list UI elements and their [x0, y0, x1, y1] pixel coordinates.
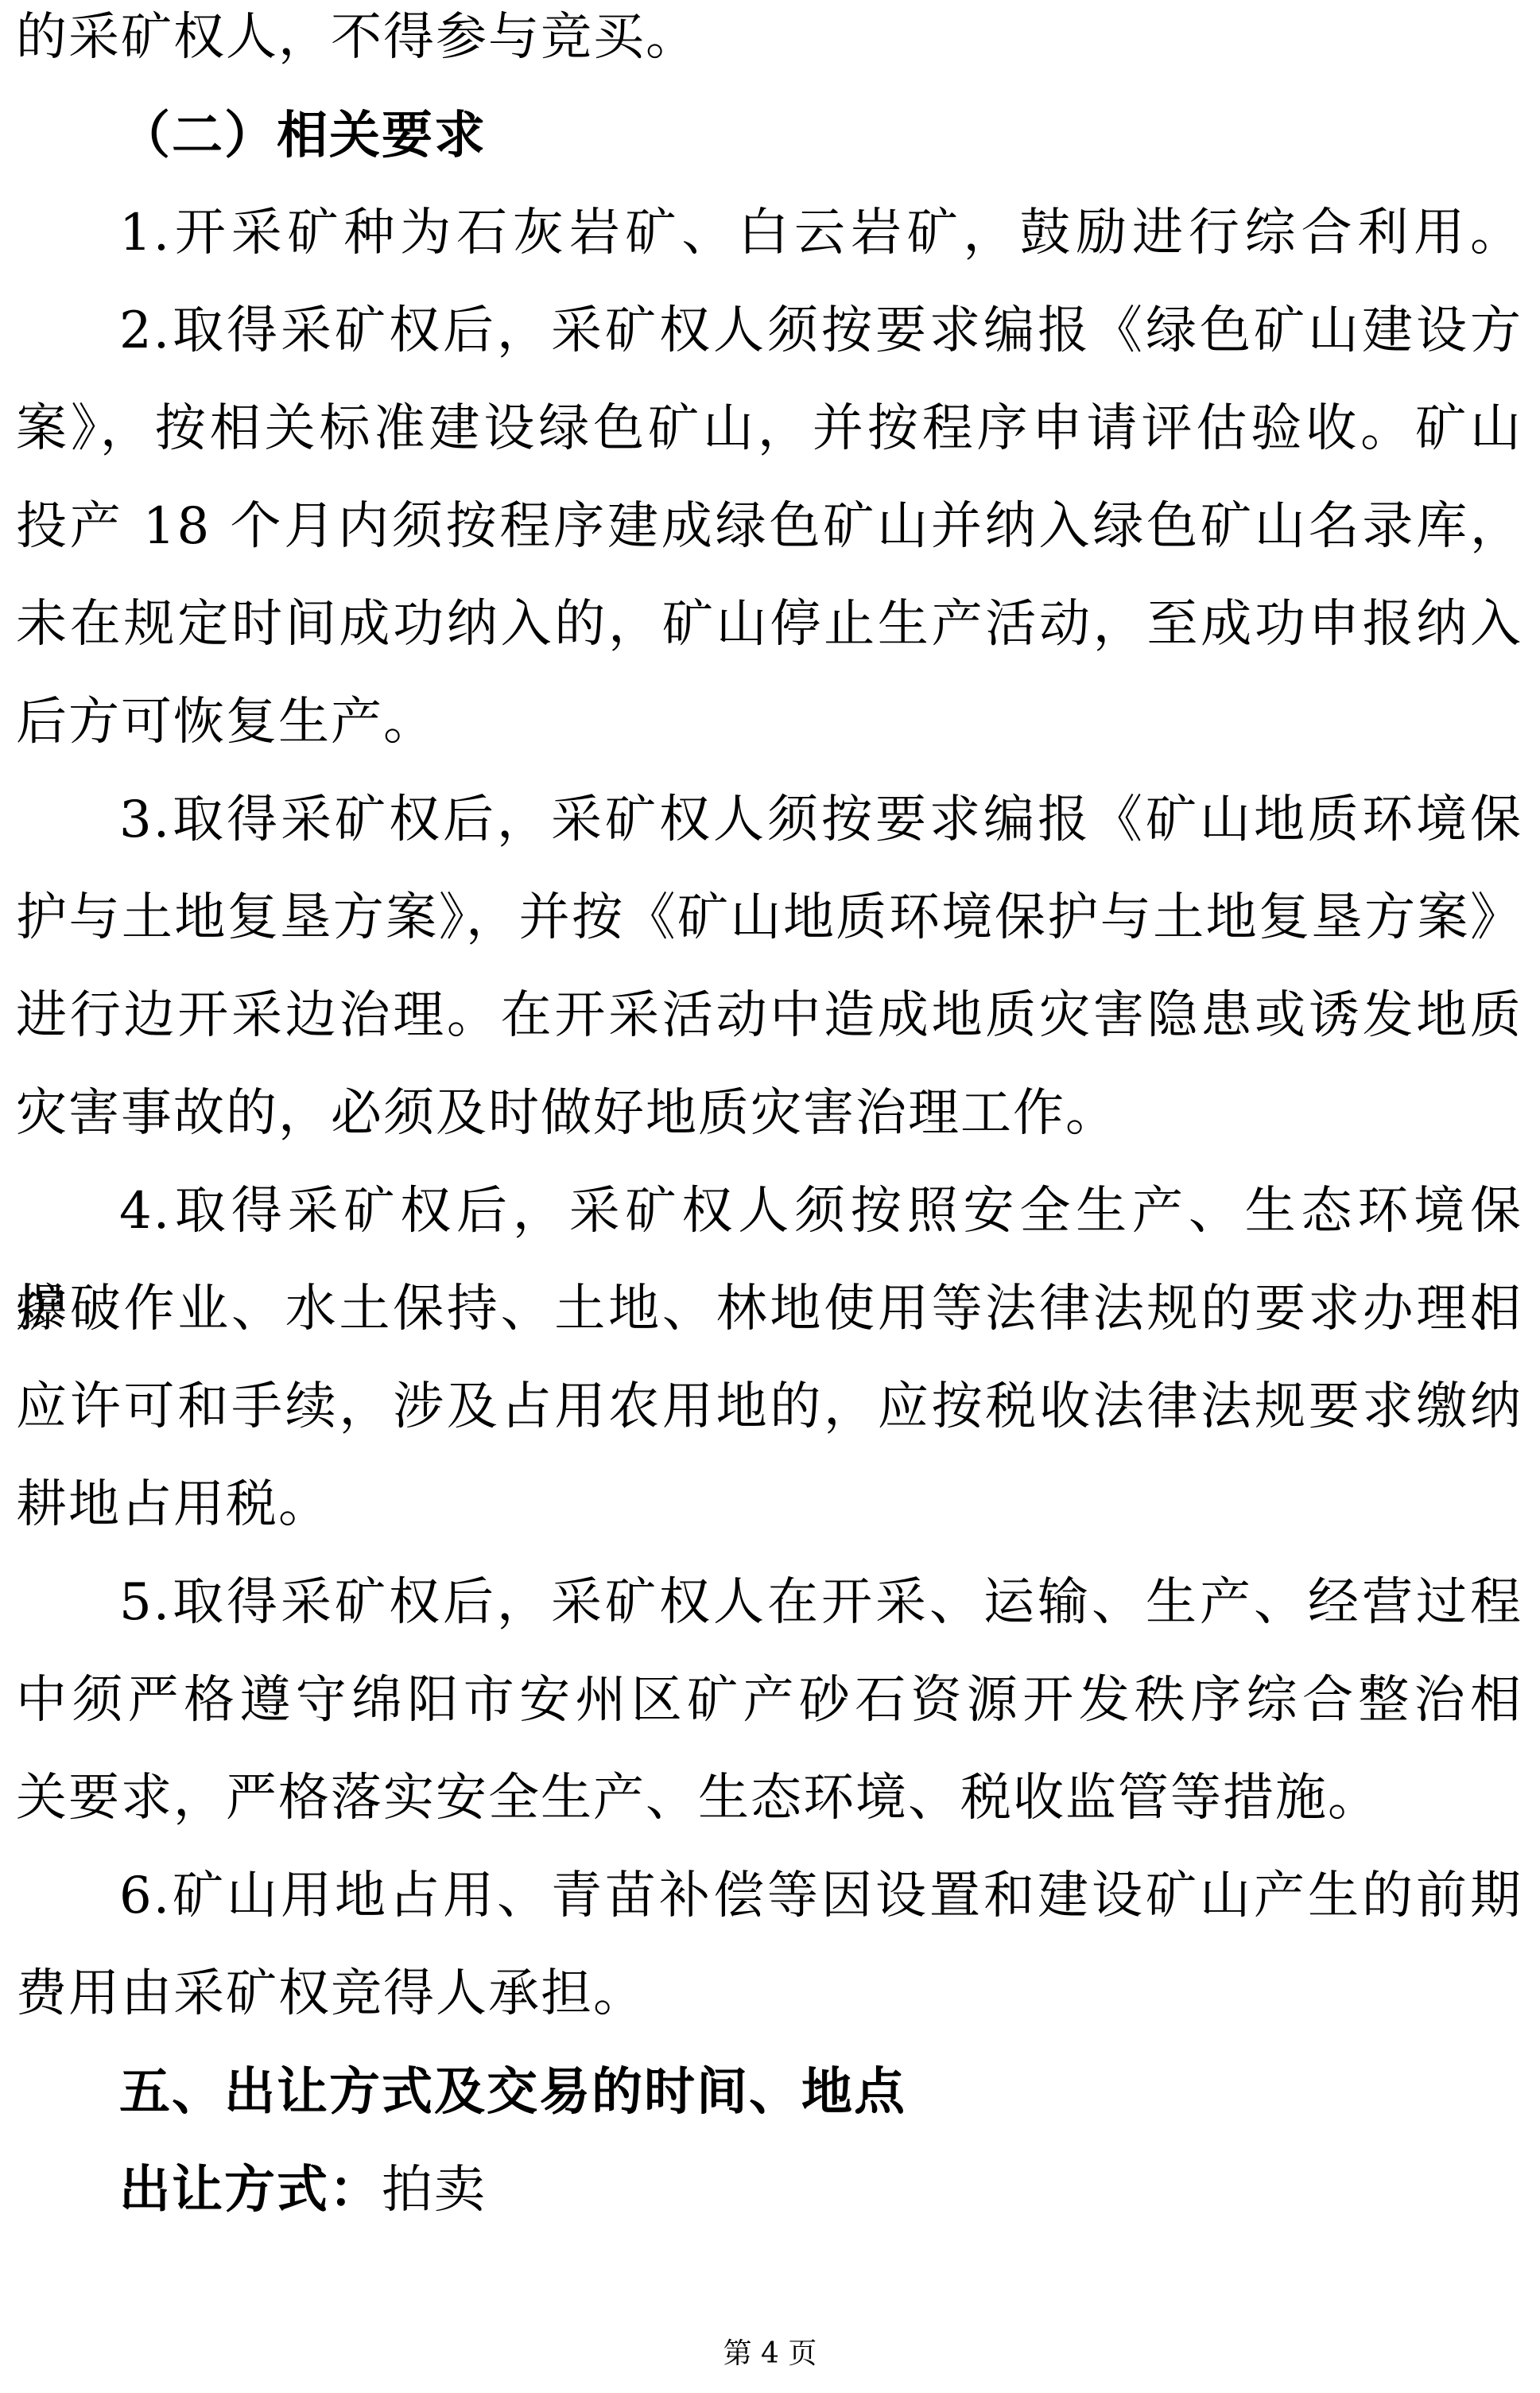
text-run: 后方可恢复生产。 — [16, 693, 436, 752]
text-line: 2.取得采矿权后，采矿权人须按要求编报《绿色矿山建设方 — [16, 282, 1523, 380]
page-number: 第 4 页 — [723, 2337, 817, 2370]
text-line: 3.取得采矿权后，采矿权人须按要求编报《矿山地质环境保 — [16, 771, 1523, 869]
page-footer: 第 4 页 — [0, 2338, 1540, 2370]
text-line: 后方可恢复生产。 — [16, 674, 1523, 771]
heading-line: （二）相关要求 — [16, 87, 1523, 185]
text-line: 耕地占用税。 — [16, 1456, 1523, 1554]
text-line: 的采矿权人，不得参与竞买。 — [16, 0, 1523, 87]
text-run: 关要求，严格落实安全生产、生态环境、税收监管等措施。 — [16, 1769, 1380, 1828]
text-run: 出让方式： — [119, 2160, 382, 2220]
text-line: 爆破作业、水土保持、土地、林地使用等法律法规的要求办理相 — [16, 1261, 1523, 1358]
text-line: 案》，按相关标准建设绿色矿山，并按程序申请评估验收。矿山 — [16, 380, 1523, 478]
text-run: 进行边开采边治理。在开采活动中造成地质灾害隐患或诱发地质 — [16, 986, 1523, 1045]
text-line: 6.矿山用地占用、青苗补偿等因设置和建设矿山产生的前期 — [16, 1847, 1523, 1945]
text-line: 4.取得采矿权后，采矿权人须按照安全生产、生态环境保护、 — [16, 1163, 1523, 1261]
text-run: （二）相关要求 — [119, 106, 487, 165]
text-run: 耕地占用税。 — [16, 1475, 331, 1534]
text-run: 拍卖 — [382, 2161, 487, 2220]
text-run: 2.取得采矿权后，采矿权人须按要求编报《绿色矿山建设方 — [119, 301, 1523, 360]
text-run: 护与土地复垦方案》，并按《矿山地质环境保护与土地复垦方案》 — [16, 888, 1523, 947]
text-run: 投产 18 个月内须按程序建成绿色矿山并纳入绿色矿山名录库， — [16, 497, 1523, 556]
text-run: 5.取得采矿权后，采矿权人在开采、运输、生产、经营过程 — [119, 1573, 1523, 1632]
text-line: 1.开采矿种为石灰岩矿、白云岩矿，鼓励进行综合利用。 — [16, 185, 1523, 282]
text-line: 投产 18 个月内须按程序建成绿色矿山并纳入绿色矿山名录库， — [16, 478, 1523, 576]
text-line: 费用由采矿权竞得人承担。 — [16, 1945, 1523, 2043]
text-line: 未在规定时间成功纳入的，矿山停止生产活动，至成功申报纳入 — [16, 576, 1523, 674]
heading-line: 五、出让方式及交易的时间、地点 — [16, 2043, 1523, 2141]
text-run: 案》，按相关标准建设绿色矿山，并按程序申请评估验收。矿山 — [16, 399, 1523, 458]
text-run: 未在规定时间成功纳入的，矿山停止生产活动，至成功申报纳入 — [16, 595, 1523, 654]
text-run: 的采矿权人，不得参与竞买。 — [16, 8, 698, 67]
text-run: 费用由采矿权竞得人承担。 — [16, 1964, 646, 2023]
text-run: 1.开采矿种为石灰岩矿、白云岩矿，鼓励进行综合利用。 — [119, 204, 1523, 262]
text-run: 中须严格遵守绵阳市安州区矿产砂石资源开发秩序综合整治相 — [16, 1671, 1523, 1730]
text-line: 出让方式：拍卖 — [16, 2141, 1523, 2239]
text-run: 6.矿山用地占用、青苗补偿等因设置和建设矿山产生的前期 — [119, 1867, 1523, 1925]
text-line: 灾害事故的，必须及时做好地质灾害治理工作。 — [16, 1065, 1523, 1163]
text-run: 五、出让方式及交易的时间、地点 — [119, 2062, 906, 2122]
text-line: 护与土地复垦方案》，并按《矿山地质环境保护与土地复垦方案》 — [16, 869, 1523, 967]
text-line: 中须严格遵守绵阳市安州区矿产砂石资源开发秩序综合整治相 — [16, 1652, 1523, 1750]
text-line: 关要求，严格落实安全生产、生态环境、税收监管等措施。 — [16, 1750, 1523, 1847]
text-line: 应许可和手续，涉及占用农用地的，应按税收法律法规要求缴纳 — [16, 1358, 1523, 1456]
text-run: 爆破作业、水土保持、土地、林地使用等法律法规的要求办理相 — [16, 1280, 1523, 1338]
text-line: 5.取得采矿权后，采矿权人在开采、运输、生产、经营过程 — [16, 1554, 1523, 1652]
text-run: 应许可和手续，涉及占用农用地的，应按税收法律法规要求缴纳 — [16, 1377, 1523, 1436]
text-run: 3.取得采矿权后，采矿权人须按要求编报《矿山地质环境保 — [119, 791, 1523, 849]
text-run: 灾害事故的，必须及时做好地质灾害治理工作。 — [16, 1084, 1118, 1143]
document-body: 的采矿权人，不得参与竞买。（二）相关要求1.开采矿种为石灰岩矿、白云岩矿，鼓励进… — [16, 0, 1523, 2239]
text-line: 进行边开采边治理。在开采活动中造成地质灾害隐患或诱发地质 — [16, 967, 1523, 1065]
